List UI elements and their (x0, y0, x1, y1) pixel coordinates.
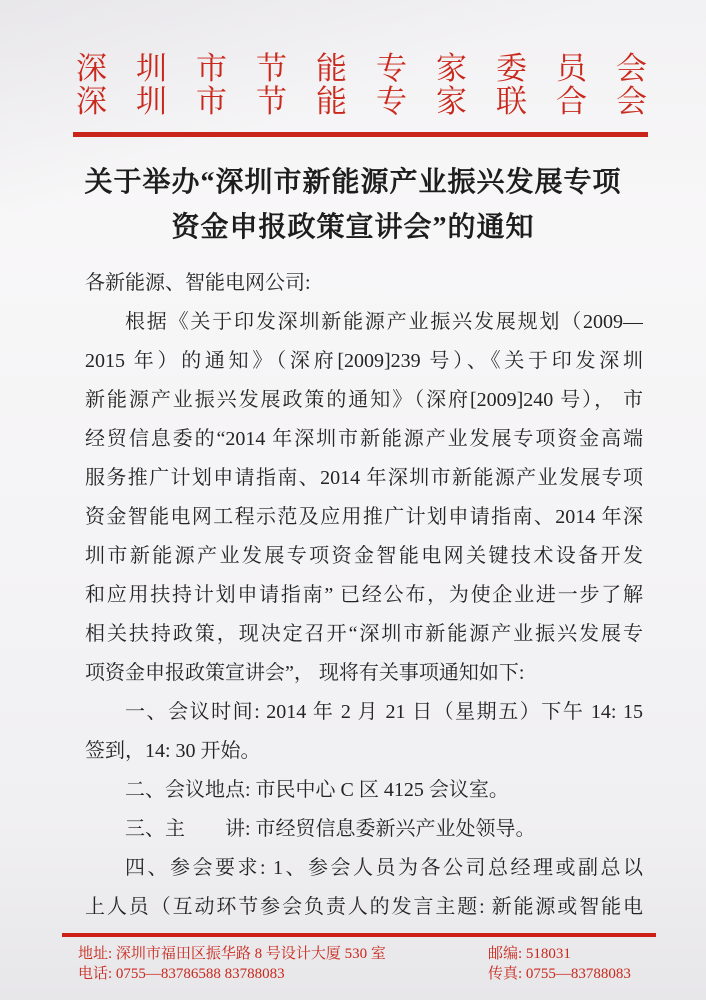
body-text-line: 新能源产业振兴发展政策的通知》（深府[2009]240 号）， 市 (85, 381, 643, 420)
body-text-line: 服务推广计划申请指南、2014 年深圳市新能源产业发展专项 (85, 459, 643, 498)
body-text-line: 上人员（互动环节参会负责人的发言主题: 新能源或智能电 (85, 888, 643, 927)
header-divider-line (73, 132, 648, 137)
body-text-line: 一、会议时间: 2014 年 2 月 21 日（星期五）下午 14: 15 (85, 693, 643, 732)
body-text-line: 各新能源、智能电网公司: (85, 264, 643, 303)
scanned-notice-page: 深圳市节能专家委员会 深圳市节能专家联合会 关于举办“深圳市新能源产业振兴发展专… (0, 0, 706, 1000)
notice-body: 各新能源、智能电网公司:根据《关于印发深圳新能源产业振兴发展规划（2009—20… (85, 264, 643, 927)
body-text-line: 三、主 讲: 市经贸信息委新兴产业处领导。 (85, 810, 643, 849)
body-text-line: 资金智能电网工程示范及应用推广计划申请指南、2014 年深 (85, 498, 643, 537)
body-text-line: 根据《关于印发深圳新能源产业振兴发展规划（2009— (85, 303, 643, 342)
body-text-line: 和应用扶持计划申请指南” 已经公布，为使企业进一步了解 (85, 576, 643, 615)
body-text-line: 签到，14: 30 开始。 (85, 732, 643, 771)
body-text-line: 2015 年）的通知》（深府[2009]239 号）、《关于印发深圳 (85, 342, 643, 381)
body-text-line: 圳市新能源产业发展专项资金智能电网关键技术设备开发 (85, 537, 643, 576)
footer-contact-right: 邮编: 518031 传真: 0755—83788083 (488, 944, 631, 984)
org-name-line-1: 深圳市节能专家委员会 (76, 52, 676, 85)
org-name-line-2: 深圳市节能专家联合会 (76, 85, 676, 118)
footer-phone: 电话: 0755—83786588 83788083 (78, 964, 386, 984)
body-text-line: 四、参会要求: 1、参会人员为各公司总经理或副总以 (85, 849, 643, 888)
body-text-line: 二、会议地点: 市民中心 C 区 4125 会议室。 (85, 771, 643, 810)
footer-address: 地址: 深圳市福田区振华路 8 号设计大厦 530 室 (78, 944, 386, 964)
body-text-line: 经贸信息委的“2014 年深圳市新能源产业发展专项资金高端 (85, 420, 643, 459)
notice-title-line-1: 关于举办“深圳市新能源产业振兴发展专项 (0, 160, 706, 205)
body-text-line: 项资金申报政策宣讲会”， 现将有关事项通知如下: (85, 654, 643, 693)
notice-title-line-2: 资金申报政策宣讲会”的通知 (0, 205, 706, 250)
footer-contact-left: 地址: 深圳市福田区振华路 8 号设计大厦 530 室 电话: 0755—837… (78, 944, 386, 984)
footer-postcode: 邮编: 518031 (488, 944, 631, 964)
footer-fax: 传真: 0755—83788083 (488, 964, 631, 984)
notice-title: 关于举办“深圳市新能源产业振兴发展专项 资金申报政策宣讲会”的通知 (0, 160, 706, 250)
body-text-line: 相关扶持政策，现决定召开“深圳市新能源产业振兴发展专 (85, 615, 643, 654)
footer-divider-line (62, 933, 656, 937)
